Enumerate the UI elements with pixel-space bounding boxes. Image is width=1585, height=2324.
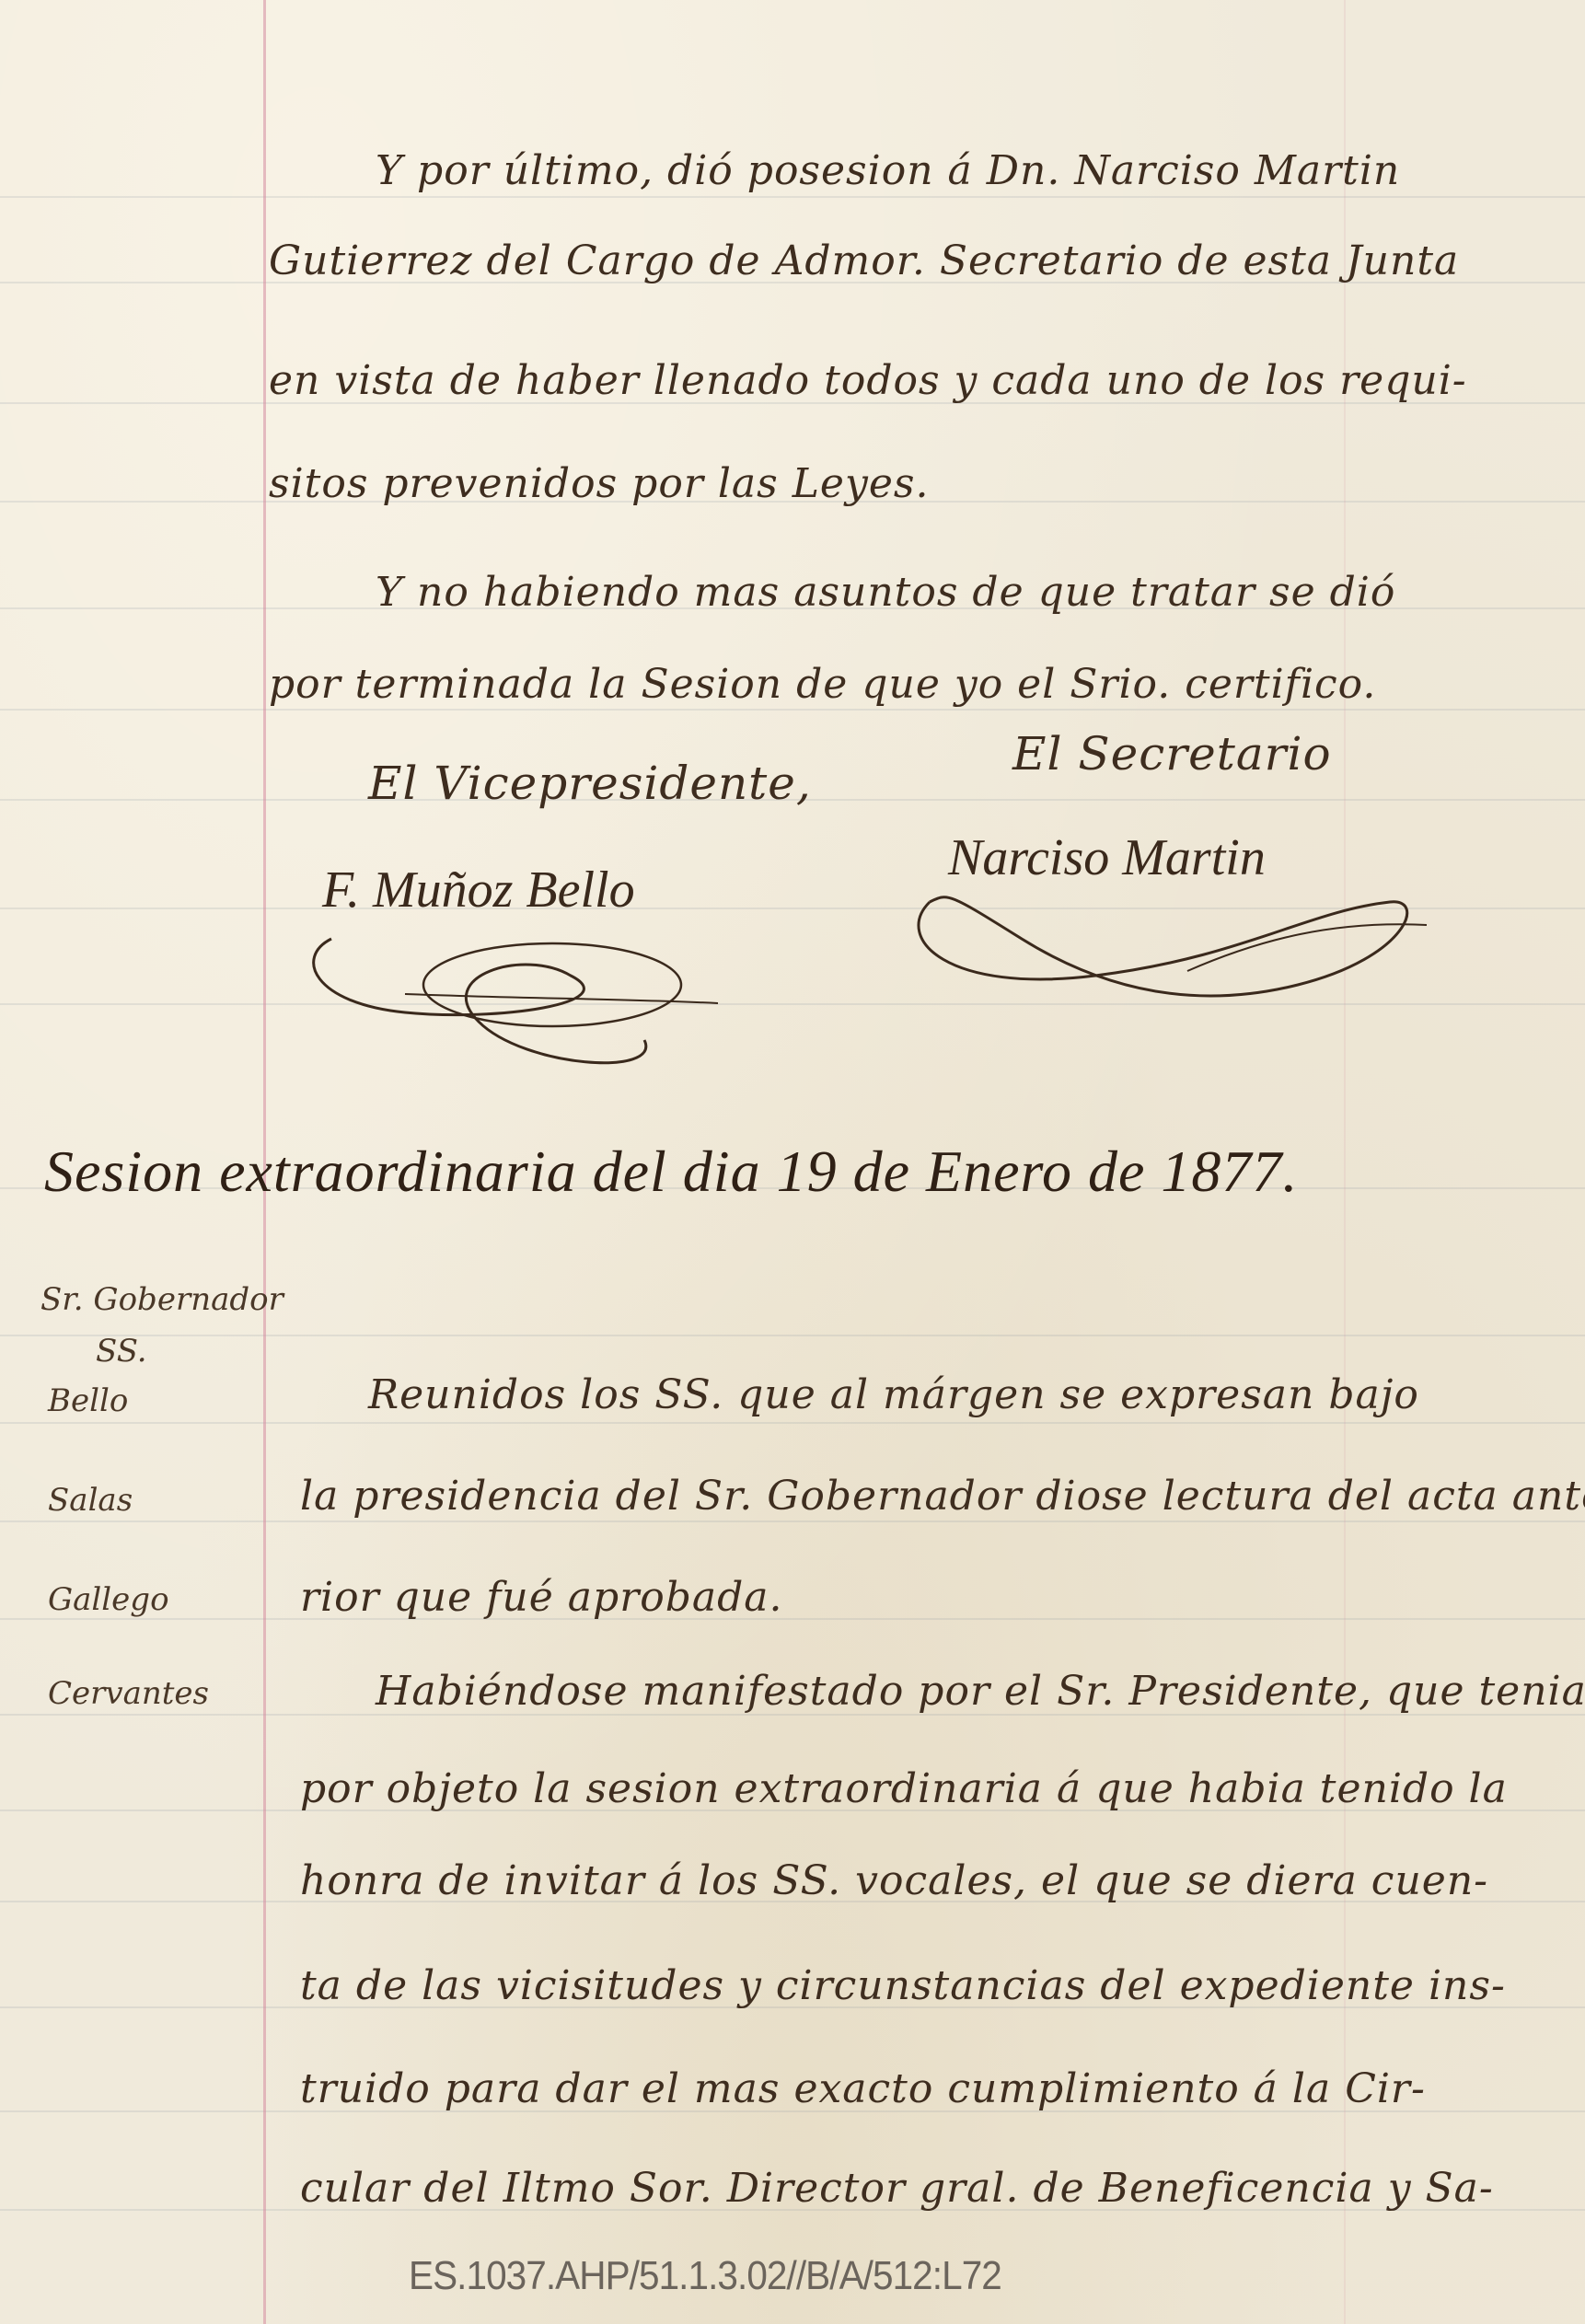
margin-attendee: SS.: [96, 1333, 147, 1370]
text-line: rior que fué aprobada.: [300, 1574, 783, 1621]
text-line: cular del Iltmo Sor. Director gral. de B…: [300, 2165, 1494, 2212]
text-line: truido para dar el mas exacto cumplimien…: [300, 2065, 1426, 2112]
text-line: por objeto la sesion extraordinaria á qu…: [300, 1765, 1508, 1812]
margin-attendee: Gallego: [48, 1581, 169, 1618]
signature-secretary: Narciso Martin: [948, 828, 1266, 887]
signature-title-secretary: El Secretario: [1012, 727, 1332, 780]
text-line: Reunidos los SS. que al márgen se expres…: [368, 1371, 1419, 1418]
ruled-line: [0, 1335, 1585, 1336]
signature-flourish-icon: [911, 884, 1445, 1022]
signature-vicepresident: F. Muñoz Bello: [322, 861, 635, 919]
manuscript-page: Y por último, dió posesion á Dn. Narciso…: [0, 0, 1585, 2324]
text-line: por terminada la Sesion de que yo el Sri…: [269, 661, 1376, 708]
margin-attendee: Sr. Gobernador: [40, 1281, 283, 1318]
text-line: honra de invitar á los SS. vocales, el q…: [300, 1857, 1488, 1904]
archive-reference: ES.1037.AHP/51.1.3.02//B/A/512:L72: [409, 2253, 1001, 2299]
ruled-line: [0, 1618, 1585, 1620]
signature-flourish-icon: [295, 920, 865, 1068]
text-line: la presidencia del Sr. Gobernador diose …: [300, 1473, 1585, 1520]
text-line: sitos prevenidos por las Leyes.: [269, 460, 929, 507]
margin-attendee: Salas: [48, 1482, 133, 1519]
ruled-line: [0, 1422, 1585, 1424]
margin-attendee: Cervantes: [48, 1675, 209, 1712]
text-line: ta de las vicisitudes y circunstancias d…: [300, 1962, 1506, 2009]
ruled-line: [0, 1520, 1585, 1522]
ruled-line: [0, 196, 1585, 198]
text-line: Gutierrez del Cargo de Admor. Secretario…: [269, 237, 1459, 284]
session-heading: Sesion extraordinaria del dia 19 de Ener…: [44, 1138, 1298, 1206]
text-line: en vista de haber llenado todos y cada u…: [269, 357, 1467, 404]
ruled-line: [0, 709, 1585, 711]
signature-title-vicepresident: El Vicepresidente,: [368, 757, 812, 810]
text-line: Y por último, dió posesion á Dn. Narciso…: [376, 147, 1400, 194]
margin-attendee: Bello: [48, 1382, 128, 1419]
text-line: Habiéndose manifestado por el Sr. Presid…: [376, 1668, 1585, 1715]
text-line: Y no habiendo mas asuntos de que tratar …: [376, 569, 1395, 616]
